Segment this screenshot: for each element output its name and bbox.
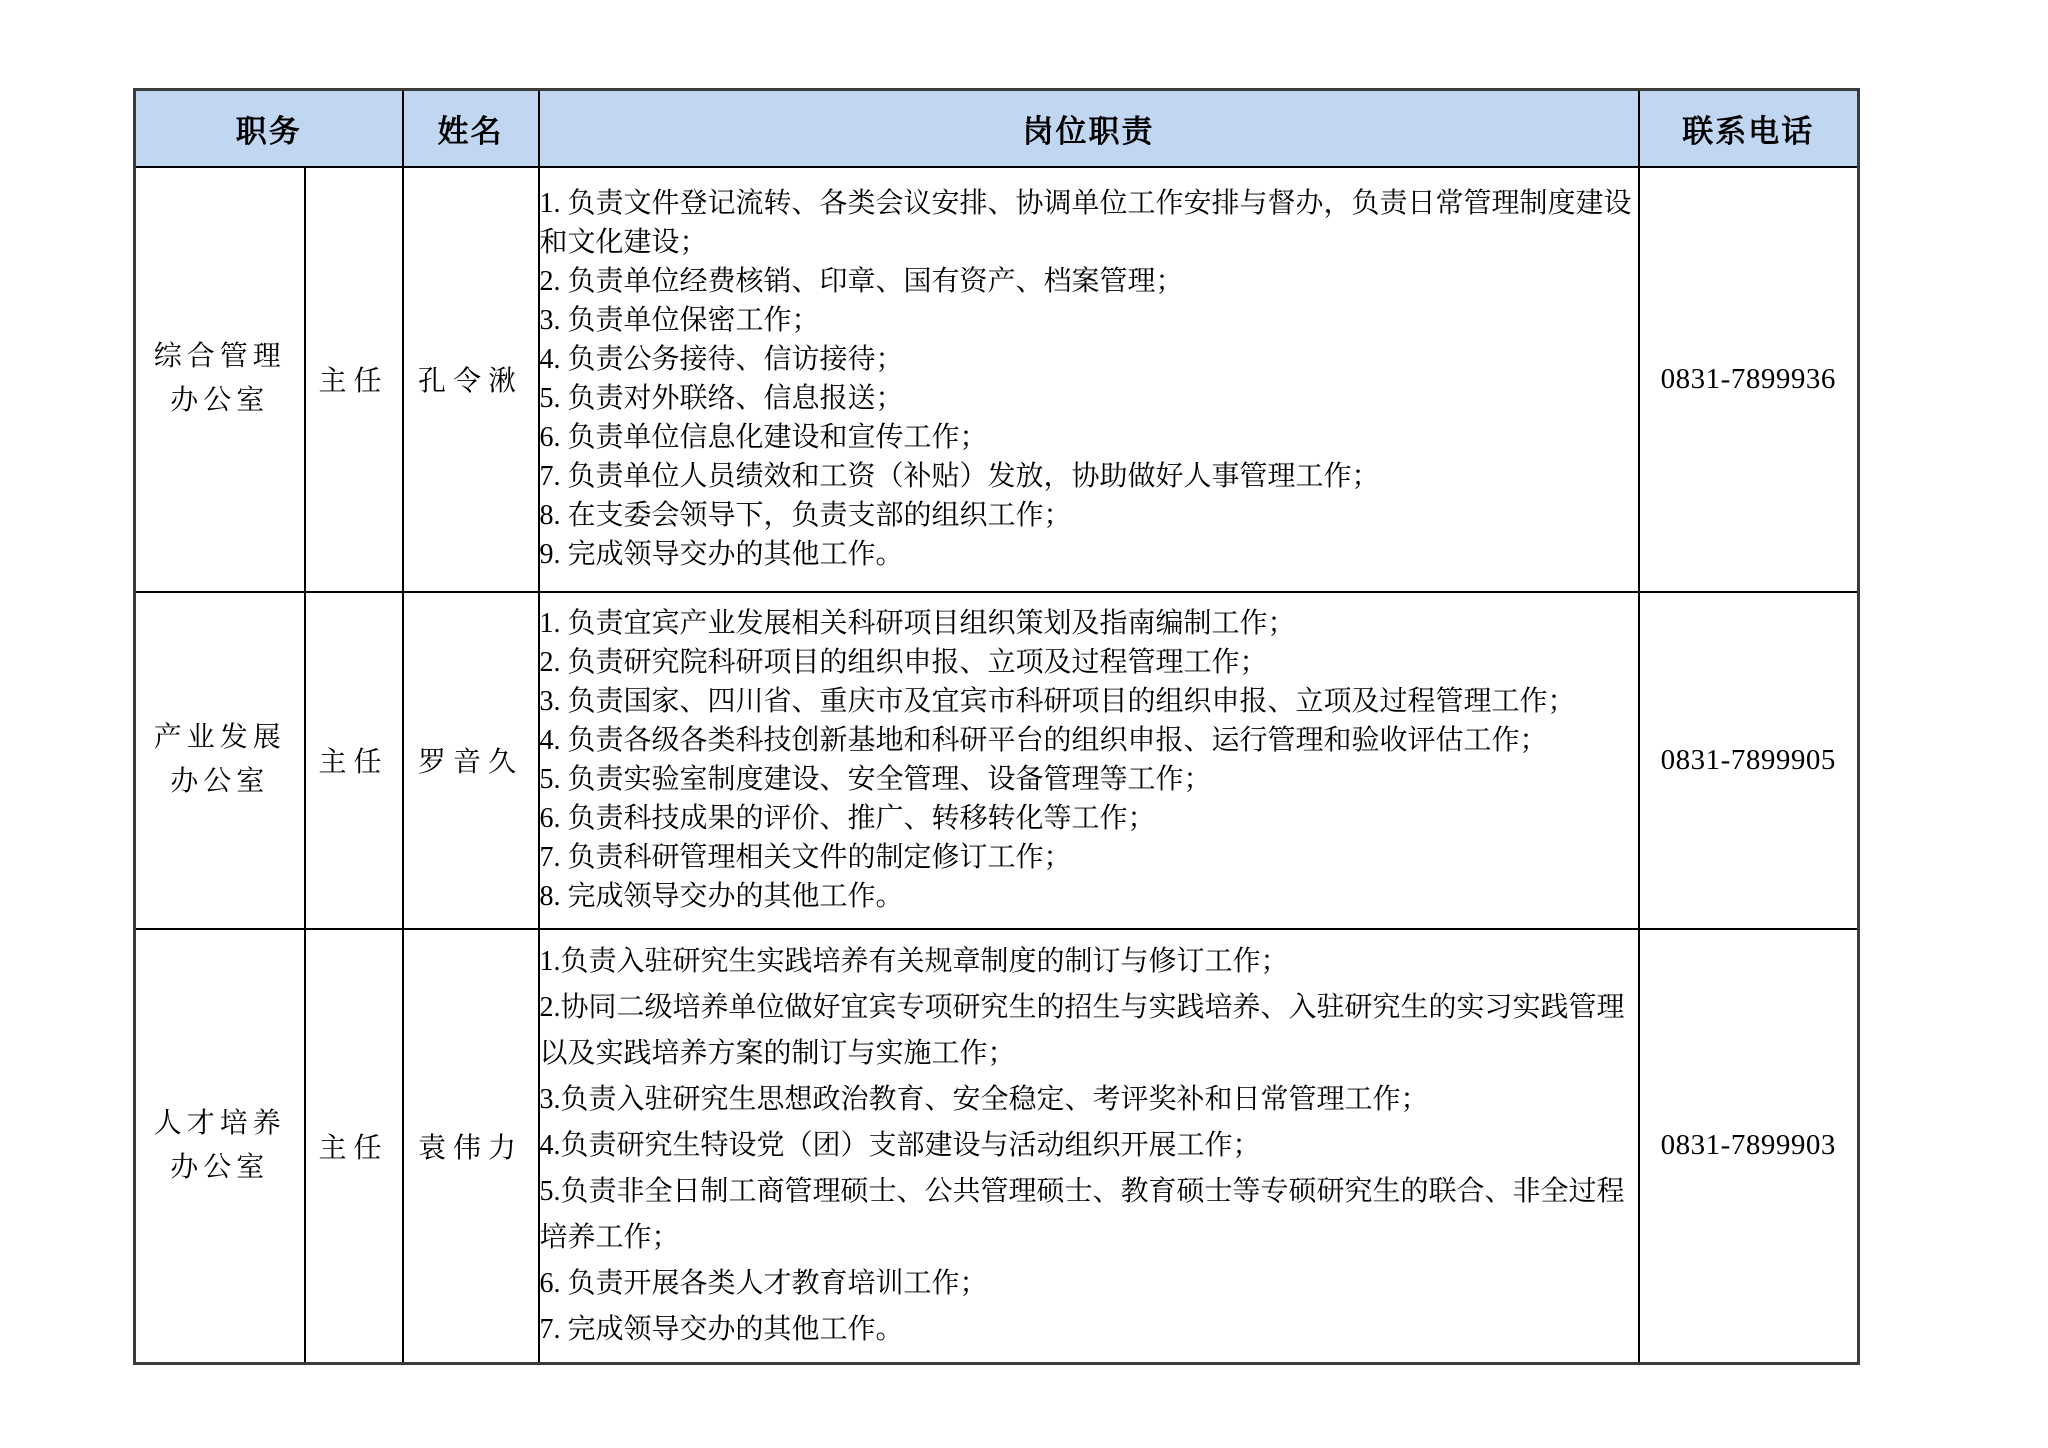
duty-item: 3. 负责单位保密工作； <box>540 301 1638 340</box>
name-cell: 罗音久 <box>403 592 539 929</box>
duty-item: 6. 负责科技成果的评价、推广、转移转化等工作； <box>540 799 1638 838</box>
duty-item: 7. 负责单位人员绩效和工资（补贴）发放，协助做好人事管理工作； <box>540 457 1638 496</box>
staff-duty-table: 职务 姓名 岗位职责 联系电话 综合管理 办公室 主任 孔令湫 1. 负责文件登… <box>133 88 1860 1365</box>
duty-item: 2.协同二级培养单位做好宜宾专项研究生的招生与实践培养、入驻研究生的实习实践管理… <box>540 985 1638 1077</box>
phone-cell: 0831-7899936 <box>1639 167 1859 592</box>
duty-item: 5.负责非全日制工商管理硕士、公共管理硕士、教育硕士等专硕研究生的联合、非全过程… <box>540 1169 1638 1261</box>
duty-item: 1. 负责文件登记流转、各类会议安排、协调单位工作安排与督办，负责日常管理制度建… <box>540 184 1638 262</box>
name-cell: 孔令湫 <box>403 167 539 592</box>
table-row: 人才培养 办公室 主任 袁伟力 1.负责入驻研究生实践培养有关规章制度的制订与修… <box>135 929 1859 1364</box>
table-row: 产业发展 办公室 主任 罗音久 1. 负责宜宾产业发展相关科研项目组织策划及指南… <box>135 592 1859 929</box>
office-cell: 人才培养 办公室 <box>135 929 305 1364</box>
duty-item: 4. 负责各级各类科技创新基地和科研平台的组织申报、运行管理和验收评估工作； <box>540 721 1638 760</box>
header-name: 姓名 <box>403 90 539 167</box>
duty-item: 1.负责入驻研究生实践培养有关规章制度的制订与修订工作； <box>540 939 1638 985</box>
duty-item: 4.负责研究生特设党（团）支部建设与活动组织开展工作； <box>540 1123 1638 1169</box>
duties-cell: 1.负责入驻研究生实践培养有关规章制度的制订与修订工作；2.协同二级培养单位做好… <box>539 929 1639 1364</box>
office-cell: 综合管理 办公室 <box>135 167 305 592</box>
table-header-row: 职务 姓名 岗位职责 联系电话 <box>135 90 1859 167</box>
duty-item: 9. 完成领导交办的其他工作。 <box>540 535 1638 574</box>
duty-item: 7. 完成领导交办的其他工作。 <box>540 1307 1638 1353</box>
table-body: 综合管理 办公室 主任 孔令湫 1. 负责文件登记流转、各类会议安排、协调单位工… <box>135 167 1859 1364</box>
duty-item: 8. 在支委会领导下，负责支部的组织工作； <box>540 496 1638 535</box>
title-cell: 主任 <box>305 929 403 1364</box>
phone-cell: 0831-7899905 <box>1639 592 1859 929</box>
duty-item: 5. 负责对外联络、信息报送； <box>540 379 1638 418</box>
duty-item: 3. 负责国家、四川省、重庆市及宜宾市科研项目的组织申报、立项及过程管理工作； <box>540 682 1638 721</box>
name-cell: 袁伟力 <box>403 929 539 1364</box>
table-row: 综合管理 办公室 主任 孔令湫 1. 负责文件登记流转、各类会议安排、协调单位工… <box>135 167 1859 592</box>
duties-cell: 1. 负责文件登记流转、各类会议安排、协调单位工作安排与督办，负责日常管理制度建… <box>539 167 1639 592</box>
duty-item: 7. 负责科研管理相关文件的制定修订工作； <box>540 838 1638 877</box>
duty-item: 4. 负责公务接待、信访接待； <box>540 340 1638 379</box>
title-cell: 主任 <box>305 167 403 592</box>
phone-cell: 0831-7899903 <box>1639 929 1859 1364</box>
duties-cell: 1. 负责宜宾产业发展相关科研项目组织策划及指南编制工作；2. 负责研究院科研项… <box>539 592 1639 929</box>
duty-item: 1. 负责宜宾产业发展相关科研项目组织策划及指南编制工作； <box>540 604 1638 643</box>
duty-item: 6. 负责开展各类人才教育培训工作； <box>540 1261 1638 1307</box>
header-phone: 联系电话 <box>1639 90 1859 167</box>
duty-item: 3.负责入驻研究生思想政治教育、安全稳定、考评奖补和日常管理工作； <box>540 1077 1638 1123</box>
office-cell: 产业发展 办公室 <box>135 592 305 929</box>
duty-item: 6. 负责单位信息化建设和宣传工作； <box>540 418 1638 457</box>
duty-item: 5. 负责实验室制度建设、安全管理、设备管理等工作； <box>540 760 1638 799</box>
title-cell: 主任 <box>305 592 403 929</box>
header-position: 职务 <box>135 90 403 167</box>
header-duties: 岗位职责 <box>539 90 1639 167</box>
duty-item: 2. 负责研究院科研项目的组织申报、立项及过程管理工作； <box>540 643 1638 682</box>
duty-item: 2. 负责单位经费核销、印章、国有资产、档案管理； <box>540 262 1638 301</box>
duty-item: 8. 完成领导交办的其他工作。 <box>540 877 1638 916</box>
